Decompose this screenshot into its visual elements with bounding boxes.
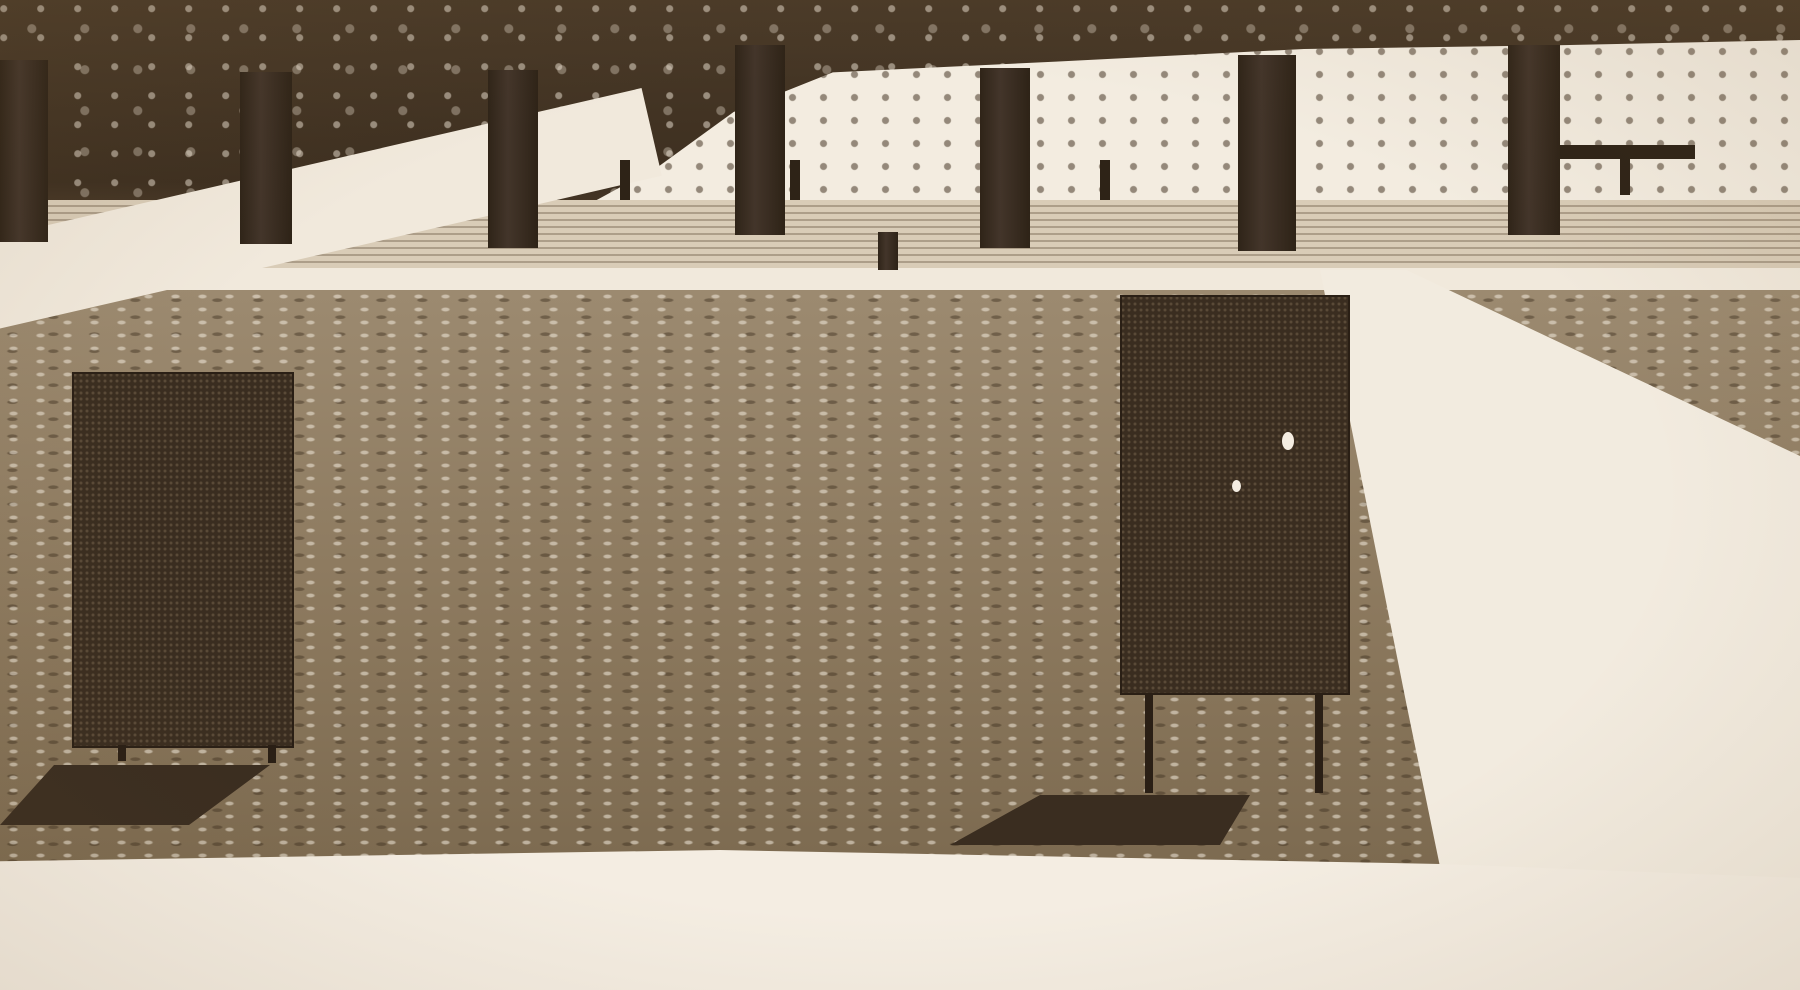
target-post <box>240 72 292 244</box>
target-panel-left <box>72 372 294 748</box>
target-leg <box>118 745 126 761</box>
frame-stake <box>1620 155 1630 195</box>
small-marker <box>878 232 898 270</box>
target-post <box>1508 45 1560 235</box>
bullet-hole <box>1282 432 1294 450</box>
target-post <box>980 68 1030 248</box>
target-leg <box>268 745 276 763</box>
bullet-hole <box>1232 480 1241 492</box>
target-leg <box>1315 693 1323 793</box>
target-post <box>1238 55 1296 251</box>
target-post <box>0 60 48 242</box>
target-panel-right <box>1120 295 1350 695</box>
target-leg <box>1145 693 1153 793</box>
frame-stake <box>790 160 800 200</box>
photo-scene <box>0 0 1800 990</box>
concrete-pad <box>0 850 1800 990</box>
target-post <box>488 70 538 248</box>
frame-stake <box>620 160 630 200</box>
target-post <box>735 45 785 235</box>
frame-stake <box>1100 160 1110 200</box>
